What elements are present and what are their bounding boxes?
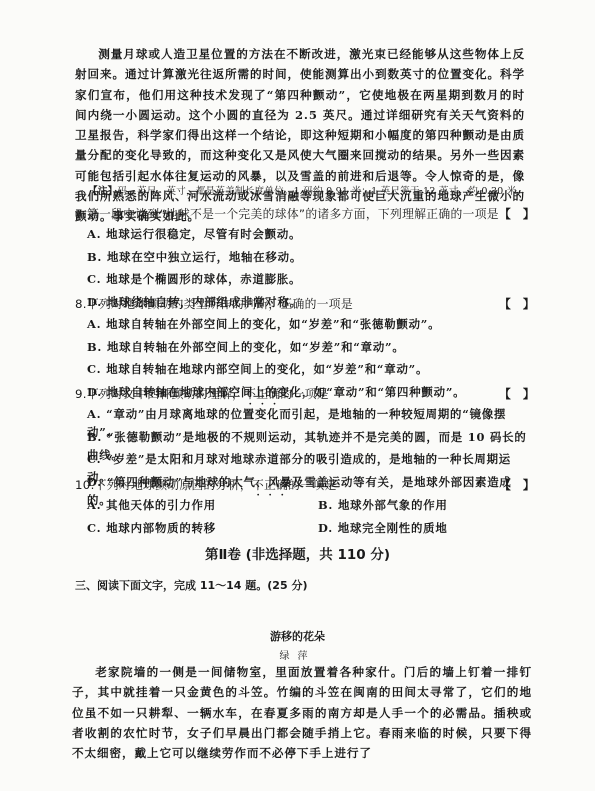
option-b: B. 地球外部气象的作用: [318, 496, 518, 519]
note-label: 【注】: [88, 186, 117, 197]
question-stem: 10.下列对地球颤动原因的分析，不正确的一项是 【】: [75, 476, 535, 496]
part-heading: 三、阅读下面文字，完成 11～14 题。(25 分): [75, 577, 307, 593]
exam-page: 测量月球或人造卫星位置的方法在不断改进，激光束已经能够从这些物体上反射回来。通过…: [0, 0, 595, 791]
question-stem: 7.第一段中谈到“地球不是一个完美的球体”的诸多方面，下列理解正确的一项是 【】: [75, 205, 535, 225]
options-grid: A. 其他天体的引力作用 B. 地球外部气象的作用 C. 地球内部物质的转移 D…: [75, 496, 535, 541]
answer-bracket[interactable]: 【】: [499, 385, 535, 403]
story-paragraph: 老家院墙的一侧是一间储物室，里面放置着各种家什。门后的墙上钉着一排钉子，其中就挂…: [72, 662, 532, 763]
passage-paragraph: 测量月球或人造卫星位置的方法在不断改进，激光束已经能够从这些物体上反射回来。通过…: [75, 44, 525, 227]
section-title: 第Ⅱ卷 (非选择题，共 110 分): [0, 543, 595, 563]
option-b: B. 地球自转轴在外部空间上的变化，如“岁差”和“章动”。: [75, 338, 535, 361]
note-text: 码、英尺、英寸，都是英美制长度单位。1 码约 0.91 米；1 英尺等于 12 …: [117, 186, 526, 197]
option-c: C. 地球内部物质的转移: [87, 519, 318, 542]
answer-bracket[interactable]: 【】: [499, 295, 535, 313]
answer-bracket[interactable]: 【】: [499, 205, 535, 223]
option-c: C. “岁差”是太阳和月球对地球赤道部分的吸引造成的，是地轴的一种长周期运动。: [75, 450, 535, 473]
option-c: C. 地球自转轴在地球内部空间上的变化，如“岁差”和“章动”。: [75, 360, 535, 383]
question-stem: 8.下列对地球颤动的类型所作的判断，正确的一项是 【】: [75, 295, 535, 315]
option-a: A. 地球自转轴在外部空间上的变化，如“岁差”和“张德勒颤动”。: [75, 315, 535, 338]
question-10: 10.下列对地球颤动原因的分析，不正确的一项是 【】 A. 其他天体的引力作用 …: [75, 476, 535, 541]
option-c: C. 地球是个椭圆形的球体，赤道膨胀。: [75, 270, 535, 293]
question-number: 10.: [75, 478, 95, 492]
question-number: 9.: [75, 387, 87, 401]
answer-bracket[interactable]: 【】: [499, 476, 535, 494]
option-a: A. “章动”由月球离地球的位置变化而引起，是地轴的一种较短周期的“镜像摆动”。: [75, 405, 535, 428]
emphasis-not-correct: 不正确: [252, 478, 288, 492]
question-number: 7.: [75, 207, 87, 221]
option-b: B. “张德勒颤动”是地极的不规则运动，其轨迹并不是完美的圆，而是 10 码长的…: [75, 428, 535, 451]
option-d: D. 地球完全刚性的质地: [318, 519, 518, 542]
option-b: B. 地球在空中独立运行，地轴在移动。: [75, 248, 535, 271]
story-title: 游移的花朵: [0, 628, 595, 644]
question-number: 8.: [75, 297, 87, 311]
question-stem: 9.下列对文中四种颤动的理解，不正确的一项是 【】: [75, 385, 535, 405]
passage-note: 【注】码、英尺、英寸，都是英美制长度单位。1 码约 0.91 米；1 英尺等于 …: [88, 185, 526, 199]
option-a: A. 其他天体的引力作用: [87, 496, 318, 519]
option-a: A. 地球运行很稳定，尽管有时会颤动。: [75, 225, 535, 248]
story-author: 绿萍: [0, 647, 595, 662]
emphasis-not-correct: 不正确: [244, 387, 280, 401]
